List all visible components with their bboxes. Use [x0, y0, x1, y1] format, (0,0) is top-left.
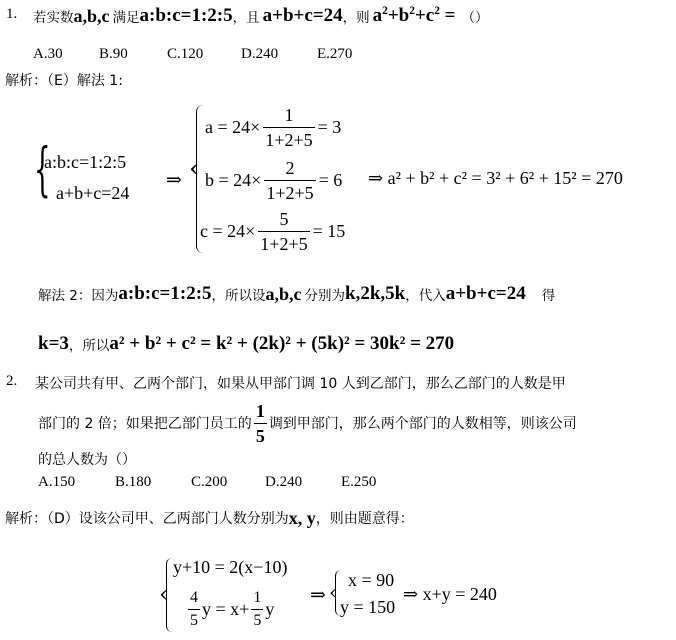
options: A.150 B.180 C.200 D.240 E.250 [38, 474, 376, 491]
solution-x: x = 90 [348, 570, 394, 591]
question-number: 1. [6, 6, 17, 23]
system-eq-2: a+b+c=24 [56, 183, 129, 204]
stem-math: a+b+c=24 [263, 5, 343, 27]
option-a: A.150 [38, 474, 115, 491]
analysis-line: 解析：（D）设该公司甲、乙两部门人数分别为 x, y ，则由题意得： [5, 506, 414, 530]
question-stem: 若实数 a,b,c 满足 a:b:c=1:2:5 ，且 a+b+c=24 ，则 … [33, 2, 488, 30]
question-stem-line-2: 部门的 2 倍；如果把乙部门员工的 15 调到甲部门，那么两个部门的人数相等，则… [38, 400, 577, 446]
implies-arrow-icon: ⇒ [166, 169, 182, 192]
stem-target: a2+b2+c2 = [373, 5, 456, 27]
fraction-one-fifth: 15 [254, 402, 267, 445]
solve-row-c: c = 24× 51+2+5 = 15 [200, 206, 345, 256]
method-2-text: ，所以 [69, 334, 110, 354]
method-2-math: a:b:c=1:2:5 [118, 283, 211, 305]
method-2-math: k,2k,5k [345, 283, 405, 305]
option-b: B.90 [99, 46, 167, 63]
solution-y: y = 150 [340, 597, 395, 618]
question-number: 2. [6, 373, 17, 390]
question-stem-line-1: 某公司共有甲、乙两个部门，如果从甲部门调 10 人到乙部门，那么乙部门的人数是甲 [35, 373, 566, 393]
method-2-math: a+b+c=24 [446, 283, 526, 305]
method-2-text: 分别为 [305, 284, 346, 304]
option-d: D.240 [265, 474, 341, 491]
brace-tip-icon: ‹ [159, 582, 169, 606]
method-2-text: 解法 2：因为 [38, 284, 118, 304]
method-2-text: 得 [542, 284, 556, 304]
system-eq-1: a:b:c=1:2:5 [44, 152, 126, 173]
option-e: E.250 [341, 474, 376, 491]
stem-text: 若实数 [33, 6, 74, 26]
question-stem-line-3: 的总人数为（） [38, 449, 136, 469]
system-eq-2: 45 y = x+ 15 y [188, 586, 274, 632]
method-2-line-1: 解法 2：因为 a:b:c=1:2:5 ，所以设 a,b,c 分别为 k,2k,… [38, 280, 555, 308]
solve-row-b: b = 24× 21+2+5 = 6 [205, 155, 342, 205]
stem-text: ，且 [233, 6, 260, 26]
method-2-math: a,b,c [266, 284, 302, 305]
option-c: C.120 [167, 46, 241, 63]
method-2-text: ，所以设 [212, 284, 266, 304]
stem-text: 满足 [113, 6, 140, 26]
implies-arrow-icon: ⇒ [310, 584, 326, 607]
solve-row-a: a = 24× 11+2+5 = 3 [205, 102, 341, 152]
stem-text: ，则 [343, 6, 370, 26]
analysis-text: 解析：（D）设该公司甲、乙两部门人数分别为 [5, 508, 289, 528]
stem-math: a,b,c [74, 6, 110, 27]
option-d: D.240 [241, 46, 317, 63]
method-2-line-2: k=3 ，所以 a² + b² + c² = k² + (2k)² + (5k)… [38, 330, 454, 358]
method-2-math: k=3 [38, 333, 69, 355]
method-2-conclusion: a² + b² + c² = k² + (2k)² + (5k)² = 30k²… [109, 333, 454, 355]
method-2-text: ，代入 [405, 284, 446, 304]
option-a: A.30 [33, 46, 99, 63]
stem-text: 部门的 2 倍；如果把乙部门员工的 [38, 413, 252, 433]
option-b: B.180 [115, 474, 191, 491]
system-eq-1: y+10 = 2(x−10) [173, 557, 287, 578]
q2-conclusion: ⇒ x+y = 240 [403, 584, 497, 605]
analysis-label: 解析：（E）解法 1: [5, 70, 123, 90]
options: A.30 B.90 C.120 D.240 E.270 [33, 46, 352, 63]
stem-math: a:b:c=1:2:5 [140, 5, 233, 27]
analysis-math: x, y [289, 508, 316, 529]
option-e: E.270 [317, 46, 352, 63]
method-1-conclusion: ⇒ a² + b² + c² = 3² + 6² + 15² = 270 [368, 168, 623, 189]
stem-text: 调到甲部门，那么两个部门的人数相等，则该公司 [269, 413, 577, 433]
brace-tip-icon: ‹ [329, 582, 337, 602]
brace-tip-icon: ‹ [189, 156, 199, 182]
analysis-text: ，则由题意得： [316, 508, 414, 528]
option-c: C.200 [191, 474, 265, 491]
answer-blank: （） [461, 6, 488, 26]
